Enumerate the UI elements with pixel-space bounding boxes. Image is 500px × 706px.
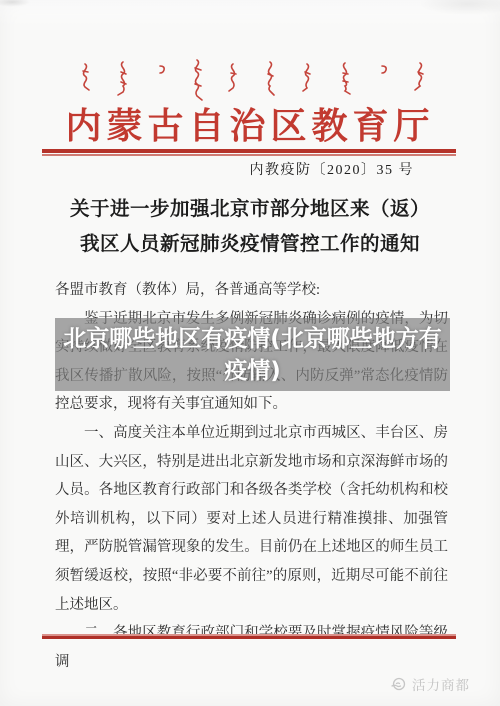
issuing-authority: 内蒙古自治区教育厅 — [0, 98, 500, 149]
paragraph-3: 二、各地区教育行政部门和学校要及时掌握疫情风险等级调 — [55, 619, 448, 676]
watermark: 活力商都 — [389, 674, 470, 694]
watermark-text: 活力商都 — [412, 674, 470, 694]
document-number: 内教疫防〔2020〕35 号 — [250, 159, 415, 179]
footer-red-rule — [42, 636, 456, 639]
watermark-logo-icon — [389, 675, 407, 693]
document-title: 关于进一步加强北京市部分地区来（返） 我区人员新冠肺炎疫情管控工作的通知 — [30, 192, 470, 262]
header-red-rule — [42, 149, 456, 153]
seo-title-text: 北京哪些地区有疫情(北京哪些地方有疫情) — [57, 323, 449, 387]
salutation: 各盟市教育（教体）局，各普通高等学校: — [55, 276, 448, 305]
document-page: 内蒙古自治区教育厅 内教疫防〔2020〕35 号 关于进一步加强北京市部分地区来… — [0, 0, 500, 706]
paragraph-2: 一、高度关注本单位近期到过北京市西城区、丰台区、房山区、大兴区，特别是进出北京新… — [55, 419, 448, 619]
seo-title-overlay: 北京哪些地区有疫情(北京哪些地方有疫情) — [55, 318, 450, 391]
document-title-line1: 关于进一步加强北京市部分地区来（返） — [30, 192, 470, 227]
document-title-line2: 我区人员新冠肺炎疫情管控工作的通知 — [30, 227, 470, 262]
